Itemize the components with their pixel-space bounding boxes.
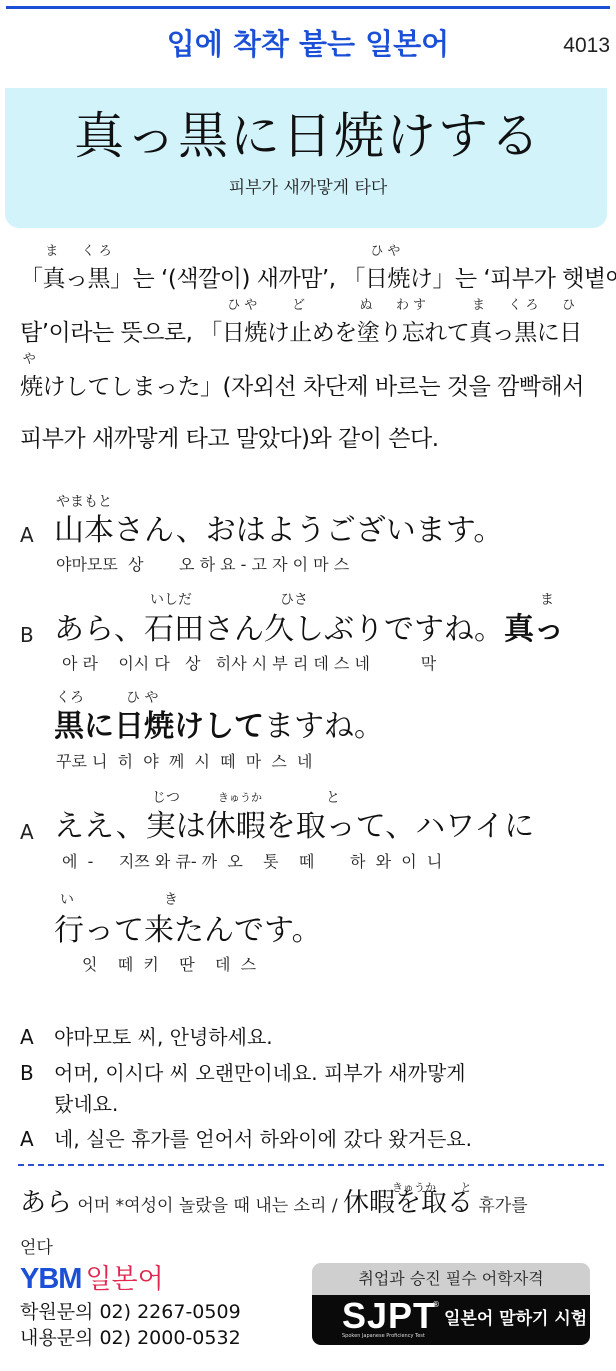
dialogue-japanese: 山本さん、おはようございます。: [54, 512, 503, 550]
vocab-korean-cont: 얻다: [20, 1236, 53, 1260]
ruby-word: 焼や: [20, 372, 43, 402]
ruby-base: 塗: [357, 320, 380, 346]
ruby-word: 黒くろ: [88, 264, 111, 294]
text: 탐’이라는 뜻으로, 「: [20, 320, 222, 346]
ruby-word: 黒くろ: [514, 318, 537, 348]
ruby-base: 黒: [514, 320, 537, 346]
furigana: やまもと: [56, 494, 112, 510]
furigana: ひさ: [280, 592, 308, 608]
pronunciation: 아 라 이시 다 상 히사 시 부 리 데 스 네 막: [62, 654, 436, 674]
translation-line: B어머, 이시다 씨 오랜만이네요. 피부가 새까맣게: [20, 1058, 466, 1088]
contact-academy: 학원문의 02) 2267-0509: [20, 1300, 241, 1324]
text: け」는 ‘피부가 햇볕에: [410, 266, 616, 292]
ruby-word: 塗ぬ: [357, 318, 380, 348]
speaker-label: A: [20, 818, 34, 846]
ruby-text: ま: [472, 299, 489, 313]
ruby-word: 止ど: [289, 318, 312, 348]
text: めを: [312, 320, 357, 346]
ruby-base: 日焼: [222, 320, 267, 346]
ruby-base: 焼: [20, 374, 43, 400]
badge-logo-area: SJPT ® Spoken Japanese Proficiency Test …: [312, 1295, 590, 1345]
dialogue-japanese: 黒に日焼けしてますね。: [54, 708, 384, 746]
ruby-text: ひや: [227, 299, 261, 313]
title-korean: 피부가 새까맣게 타다: [0, 176, 616, 200]
sjpt-name: 일본어 말하기 시험: [444, 1307, 587, 1331]
ruby-text: くろ: [82, 245, 116, 259]
furigana: き: [164, 892, 178, 908]
registered-mark: ®: [432, 1301, 440, 1309]
series-title: 입에 착착 붙는 일본어: [0, 24, 616, 64]
brand-ko: 일본어: [85, 1264, 163, 1295]
top-rule: [6, 6, 610, 9]
dialogue-japanese: 行って来たんです。: [54, 912, 322, 950]
title-japanese: 真っ黒に日焼けする: [0, 104, 616, 168]
translation-text: 어머, 이시다 씨 오랜만이네요. 피부가 새까맣게: [54, 1061, 466, 1085]
ruby-text: ぬ: [360, 299, 377, 313]
pronunciation: 에 - 지쯔 와 큐- 까 오 톳 떼 하 와 이 니: [62, 852, 442, 872]
pronunciation: 꾸로 니 히 야 께 시 떼 마 스 네: [56, 752, 312, 772]
translation-line: A야마모토 씨, 안녕하세요.: [20, 1022, 273, 1052]
speaker-label: A: [20, 521, 34, 549]
sjpt-logo: SJPT: [342, 1297, 436, 1335]
contact-phone: 02) 2000-0532: [99, 1327, 240, 1349]
ruby-base: 止: [289, 320, 312, 346]
dialogue-japanese: ええ、実は休暇を取って、ハワイに: [54, 808, 534, 846]
text: あら、石田さん久しぶりですね。: [54, 612, 504, 647]
vocab-japanese: 休暇を取る: [343, 1188, 473, 1218]
furigana: い: [60, 892, 74, 908]
text: に: [537, 320, 560, 346]
ruby-base: 真: [469, 320, 492, 346]
vocabulary-line: あら 어머 *여성이 놀랐을 때 내는 소리 / 休暇を取る 휴가를: [20, 1188, 600, 1221]
text: 」는 ‘(색깔이) 새까맘’, 「: [110, 266, 365, 292]
speaker-label: B: [20, 1058, 54, 1088]
vocab-japanese: あら: [20, 1188, 72, 1218]
dialogue-japanese: あら、石田さん久しぶりですね。真っ: [54, 611, 564, 649]
ruby-base: 日: [559, 320, 582, 346]
furigana: きゅうか: [218, 790, 262, 806]
ruby-base: 真: [43, 266, 66, 292]
text: り: [379, 320, 402, 346]
furigana: じつ: [152, 790, 180, 806]
speaker-label: A: [20, 1124, 54, 1154]
translation-text: 네, 실은 휴가를 얻어서 하와이에 갔다 왔거든요.: [54, 1127, 472, 1151]
vocab-korean: 휴가를: [473, 1196, 528, 1216]
ruby-word: 忘わす: [402, 318, 425, 348]
brand-en: YBM: [20, 1263, 81, 1295]
explanation-line-4: 피부가 새까맣게 타고 말았다)와 같이 쓴다.: [20, 424, 439, 454]
ruby-base: 忘: [402, 320, 425, 346]
contact-content: 내용문의 02) 2000-0532: [20, 1326, 241, 1350]
contact-label: 내용문의: [20, 1327, 93, 1349]
text: ますね。: [264, 709, 384, 744]
translation-text: 야마모토 씨, 안녕하세요.: [54, 1025, 273, 1049]
furigana: ひ や: [126, 690, 158, 706]
bold-expression: 黒に日焼けして: [54, 709, 264, 744]
translation-line: A네, 실은 휴가를 얻어서 하와이에 갔다 왔거든요.: [20, 1124, 472, 1154]
text: けしてしまった」(자외선 차단제 바르는 것을 깜빡해서: [43, 374, 585, 400]
speaker-label: B: [20, 621, 34, 649]
ruby-word: 日焼ひや: [222, 318, 267, 348]
ybm-logo: YBM일본어: [20, 1263, 164, 1299]
explanation-line-2: 탐’이라는 뜻으로, 「日焼ひやけ止どめを塗ぬり忘わすれて真まっ黒くろに日ひ: [20, 318, 582, 348]
furigana: くろ: [56, 690, 84, 706]
contact-phone: 02) 2267-0509: [99, 1301, 240, 1323]
ruby-text: ま: [45, 245, 62, 259]
ruby-word: 真ま: [469, 318, 492, 348]
ruby-word: 日焼ひや: [365, 264, 410, 294]
explanation-line-1: 「真まっ黒くろ」는 ‘(색깔이) 새까맘’, 「日焼ひやけ」는 ‘피부가 햇볕에: [20, 264, 616, 294]
ruby-word: 日ひ: [559, 318, 582, 348]
translation-text: 탔네요.: [54, 1092, 118, 1116]
ruby-base: 黒: [88, 266, 111, 292]
ruby-text: くろ: [509, 299, 543, 313]
furigana: と: [326, 790, 340, 806]
dashed-divider: [18, 1164, 604, 1166]
text: け: [267, 320, 290, 346]
sjpt-subtitle: Spoken Japanese Proficiency Test: [342, 1333, 425, 1339]
ruby-text: や: [23, 353, 40, 367]
vocab-korean: 어머 *여성이 놀랐을 때 내는 소리 /: [77, 1196, 343, 1216]
explanation-line-3: 焼やけしてしまった」(자외선 차단제 바르는 것을 깜빡해서: [20, 372, 584, 402]
ruby-base: 日焼: [365, 266, 410, 292]
ruby-text: ど: [292, 299, 309, 313]
text: れて: [424, 320, 469, 346]
ruby-word: 真ま: [43, 264, 66, 294]
pronunciation: 야마모또 상 오 하 요 - 고 자 이 마 스: [56, 555, 349, 575]
badge-tagline: 취업과 승진 필수 어학자격: [312, 1263, 590, 1295]
pronunciation: 잇 떼 키 딴 데 스: [82, 955, 256, 975]
ruby-text: わす: [396, 299, 430, 313]
furigana: ま: [540, 592, 554, 608]
translation-line: 탔네요.: [20, 1089, 118, 1119]
text: っ: [492, 320, 515, 346]
furigana: いしだ: [150, 592, 192, 608]
contact-label: 학원문의: [20, 1301, 93, 1323]
ruby-text: ひや: [370, 245, 404, 259]
bold-expression: 真っ: [504, 612, 564, 647]
sjpt-badge: 취업과 승진 필수 어학자격 SJPT ® Spoken Japanese Pr…: [312, 1263, 590, 1345]
speaker-label: A: [20, 1022, 54, 1052]
issue-number: 4013: [563, 32, 610, 60]
text: 「: [20, 266, 43, 292]
text: っ: [65, 266, 88, 292]
ruby-text: ひ: [562, 299, 579, 313]
